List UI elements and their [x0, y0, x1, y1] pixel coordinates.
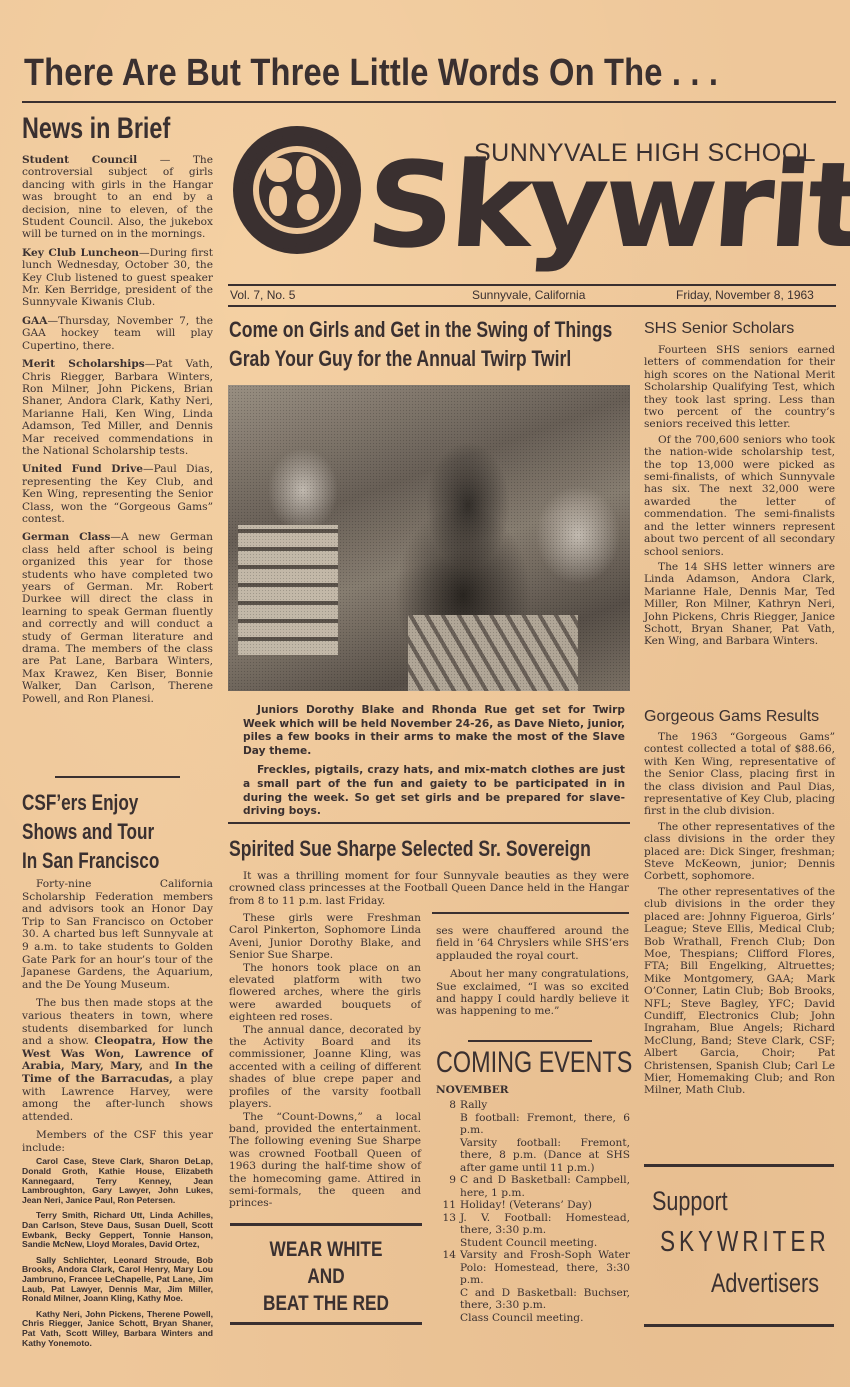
sovereign-body-col1: These girls were Freshman Carol Pinkerto…: [229, 912, 421, 1210]
banner-rule: [22, 101, 836, 103]
news-in-brief-body: Student Council — The controversial subj…: [22, 154, 213, 711]
brief-item: German Class—A new German class held aft…: [22, 531, 213, 705]
events-rule: [468, 1040, 592, 1042]
lede-rule: [432, 912, 629, 914]
sovereign-body-col2: ses were chauffered around the field in …: [436, 925, 629, 1018]
csf-headline: CSF’ers Enjoy Shows and Tour In San Fran…: [22, 788, 198, 875]
support-ad-line3: Advertisers: [711, 1268, 819, 1299]
section-rule: [228, 822, 630, 824]
scholars-title: SHS Senior Scholars: [644, 320, 794, 338]
gams-title: Gorgeous Gams Results: [644, 708, 819, 726]
csf-member-list: Terry Smith, Richard Utt, Linda Achilles…: [22, 1211, 213, 1249]
seal-jets-text: JETS: [283, 241, 311, 253]
event-item: Varsity football: Fremont, there, 8 p.m.…: [436, 1137, 630, 1175]
event-item: 9C and D Basketball: Campbell, here, 1 p…: [436, 1174, 630, 1199]
events-list: 8Rally B football: Fremont, there, 6 p.m…: [436, 1099, 630, 1324]
csf-member-list: Kathy Neri, John Pickens, Therene Powell…: [22, 1310, 213, 1348]
gams-body: The 1963 “Gorgeous Gams” contest collect…: [644, 731, 835, 1097]
event-item: 14Varsity and Frosh-Soph Water Polo: Hom…: [436, 1249, 630, 1287]
support-ad-line1: Support: [652, 1186, 728, 1217]
masthead-rule-top: [228, 284, 836, 286]
ad-rule-bottom: [644, 1324, 834, 1327]
csf-member-list: Carol Case, Steve Clark, Sharon DeLap, D…: [22, 1157, 213, 1205]
brief-item: Key Club Luncheon—During first lunch Wed…: [22, 247, 213, 309]
twirp-headline-line2: Grab Your Guy for the Annual Twirp Twirl: [229, 346, 571, 372]
ad-rule-top: [644, 1164, 834, 1167]
twirp-headline-line1: Come on Girls and Get in the Swing of Th…: [229, 317, 612, 343]
coming-events-title: COMING EVENTS: [436, 1046, 632, 1080]
column-divider: [55, 776, 180, 778]
brief-item: GAA—Thursday, November 7, the GAA hockey…: [22, 315, 213, 352]
csf-body: Forty-nine California Scholarship Federa…: [22, 878, 213, 1354]
events-month: NOVEMBER: [436, 1084, 509, 1096]
twirp-week-photo: [228, 385, 630, 691]
volume-number: Vol. 7, No. 5: [230, 288, 295, 302]
brief-item: United Fund Drive—Paul Dias, representin…: [22, 463, 213, 525]
issue-date: Friday, November 8, 1963: [676, 288, 814, 302]
box-rule-top: [230, 1223, 422, 1226]
event-item: 13J. V. Football: Homestead, there, 3:30…: [436, 1212, 630, 1237]
twirp-caption: Juniors Dorothy Blake and Rhonda Rue get…: [243, 704, 625, 819]
banner-headline: There Are But Three Little Words On The …: [24, 52, 718, 95]
event-item: B football: Fremont, there, 6 p.m.: [436, 1112, 630, 1137]
sovereign-headline: Spirited Sue Sharpe Selected Sr. Soverei…: [229, 836, 591, 862]
event-item: 11Holiday! (Veterans’ Day): [436, 1199, 630, 1212]
masthead-title: Skywriter: [361, 130, 850, 280]
location: Sunnyvale, California: [472, 288, 585, 302]
support-ad-line2: SKYWRITER: [660, 1226, 830, 1259]
csf-member-list: Sally Schlichter, Leonard Stroude, Bob B…: [22, 1256, 213, 1304]
brief-item: Student Council — The controversial subj…: [22, 154, 213, 241]
event-item: C and D Basketball: Buchser, there, 3:30…: [436, 1287, 630, 1312]
event-item: Student Council meeting.: [436, 1237, 630, 1250]
school-seal-logo: SUNNYVALE HIGH SCHOOL JETS: [233, 126, 361, 254]
box-rule-bottom: [230, 1322, 422, 1325]
newspaper-page: There Are But Three Little Words On The …: [0, 0, 850, 1387]
scholars-body: Fourteen SHS seniors earned letters of c…: [644, 344, 835, 648]
brief-item: Merit Scholarships—Pat Vath, Chris Riegg…: [22, 358, 213, 457]
wear-white-slogan: WEAR WHITE AND BEAT THE RED: [230, 1236, 422, 1317]
event-item: 8Rally: [436, 1099, 630, 1112]
event-item: Class Council meeting.: [436, 1312, 630, 1325]
masthead-rule-bottom: [228, 305, 836, 307]
sovereign-lede: It was a thrilling moment for four Sunny…: [229, 870, 629, 907]
news-in-brief-title: News in Brief: [22, 112, 170, 146]
